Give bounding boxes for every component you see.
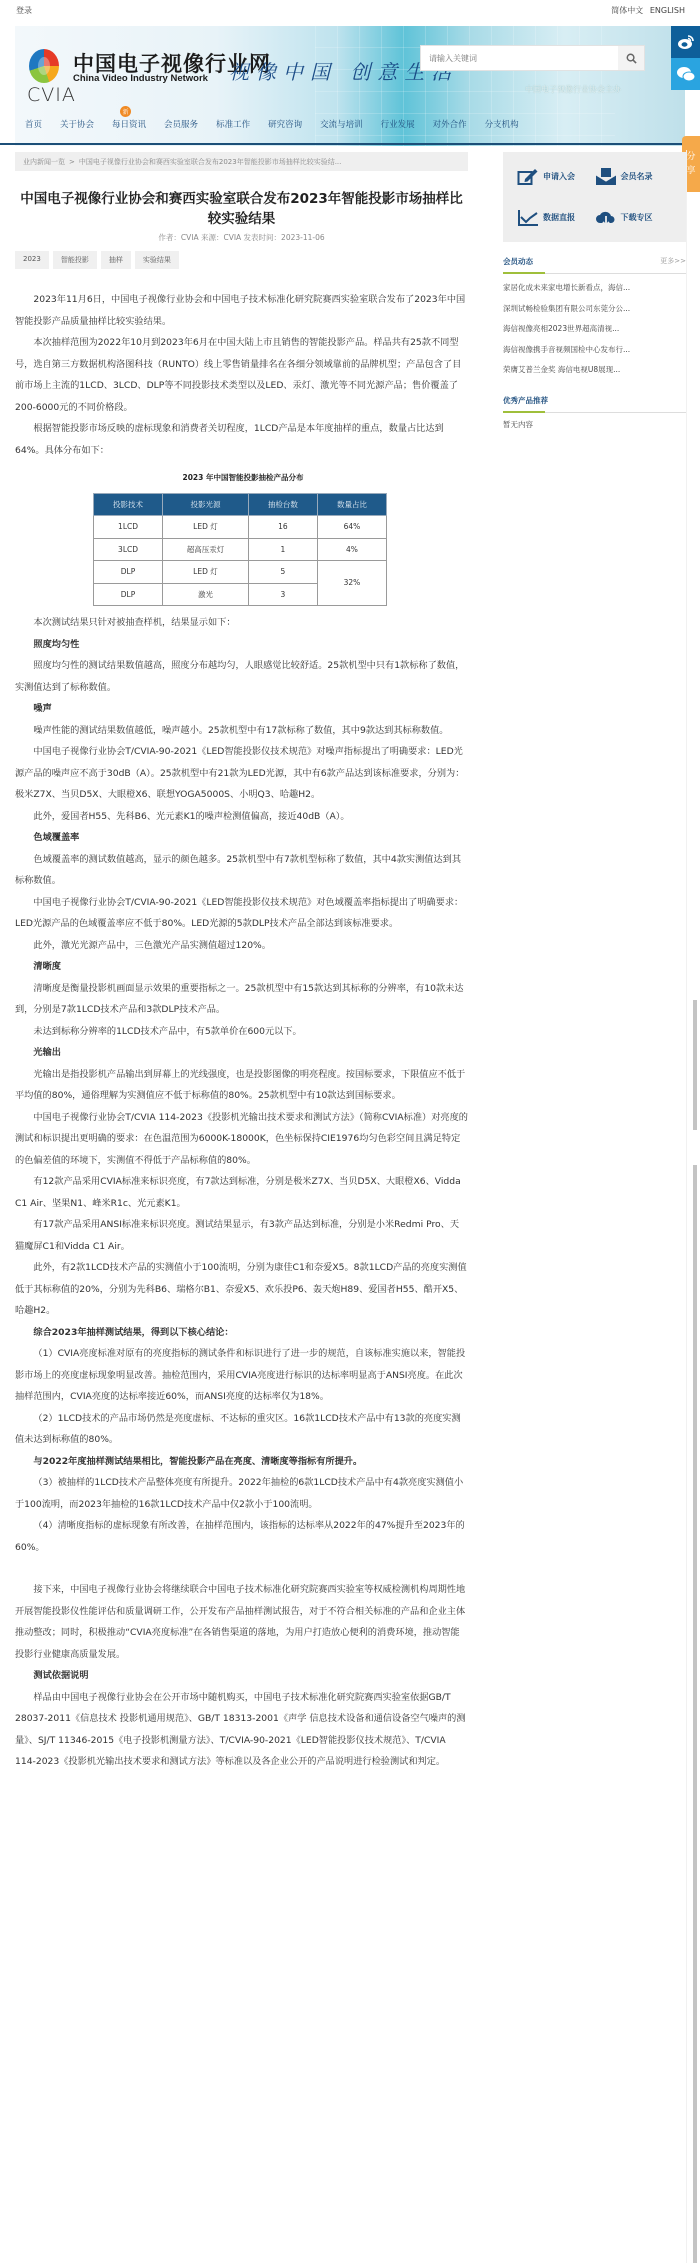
distribution-table-figure: 2023 年中国智能投影抽检产品分布 投影技术 投影光源 抽检台数 数量占比 1…: [93, 467, 393, 606]
share-label-2: 享: [686, 164, 695, 178]
main-nav: 首页 关于协会 新每日资讯 会员服务 标准工作 研究咨询 交流与培训 行业发展 …: [15, 112, 685, 136]
sidebar: 申请入会 会员名录 数据直报 下载专区 会员动态 更多>> 家居化成未来家电增长…: [503, 152, 686, 430]
nav-divider: [0, 143, 683, 145]
paragraph: 色域覆盖率的测试数值越高，显示的颜色越多。25款机型中有7款机型标称了数值，其中…: [15, 849, 468, 892]
nav-item-exchange-training[interactable]: 交流与培训: [320, 118, 363, 130]
paragraph: 中国电子视像行业协会T/CVIA 114-2023《投影机光输出技术要求和测试方…: [15, 1107, 468, 1172]
breadcrumb: 业内新闻一览 > 中国电子视像行业协会和赛西实验室联合发布2023年智能投影市场…: [15, 152, 468, 171]
table-cell: 16: [248, 516, 317, 539]
recommend-title: 优秀产品推荐: [503, 395, 548, 406]
list-item[interactable]: 家居化成未来家电增长新看点，海信...: [503, 278, 686, 299]
article-body: 2023年11月6日，中国电子视像行业协会和中国电子技术标准化研究院赛西实验室联…: [15, 289, 468, 1773]
content-edge-divider: [686, 150, 687, 2263]
chart-line-icon: [517, 209, 539, 227]
site-name-en: China Video Industry Network: [73, 73, 208, 84]
section-heading: 照度均匀性: [15, 634, 468, 656]
quick-link-directory[interactable]: 会员名录: [595, 162, 673, 191]
list-item[interactable]: 荣膺艾普兰金奖 海信电视U8展现...: [503, 360, 686, 381]
quick-link-label: 下载专区: [621, 212, 653, 223]
new-badge: 新: [120, 106, 131, 117]
table-row: 3LCD 超高压汞灯 1 4%: [94, 538, 387, 561]
paragraph: 有17款产品采用ANSI标准来标识亮度。测试结果显示，有3款产品达到标准，分别是…: [15, 1214, 468, 1257]
article-results: 本次测试结果只针对被抽查样机，结果显示如下：照度均匀性照度均匀性的测试结果数值越…: [15, 612, 468, 1773]
breadcrumb-separator: >: [69, 158, 75, 166]
top-bar: 登录 简体中文 ENGLISH: [0, 0, 700, 20]
member-news-header: 会员动态 更多>>: [503, 256, 686, 274]
scrollbar[interactable]: [693, 1000, 697, 2263]
table-cell: 3LCD: [94, 538, 163, 561]
section-heading: 色域覆盖率: [15, 827, 468, 849]
more-link[interactable]: 更多>>: [660, 256, 686, 267]
section-heading: 光输出: [15, 1042, 468, 1064]
paragraph: 本次测试结果只针对被抽查样机，结果显示如下：: [15, 612, 468, 634]
member-news-title: 会员动态: [503, 256, 533, 267]
nav-item-research[interactable]: 研究咨询: [268, 118, 302, 130]
nav-item-member-services[interactable]: 会员服务: [164, 118, 198, 130]
breadcrumb-current: 中国电子视像行业协会和赛西实验室联合发布2023年智能投影市场抽样比较实验结..…: [79, 157, 342, 167]
table-cell: 超高压汞灯: [163, 538, 249, 561]
quick-link-label: 会员名录: [621, 171, 653, 182]
tag-list: 2023 智能投影 抽样 实验结果: [15, 251, 468, 269]
distribution-table: 投影技术 投影光源 抽检台数 数量占比 1LCD LED 灯 16 64% 3L…: [93, 493, 387, 607]
paragraph: 噪声性能的测试结果数值越低，噪声越小。25款机型中有17款标称了数值，其中9款达…: [15, 720, 468, 742]
paragraph: 此外，爱国者H55、先科B6、光元素K1的噪声检测值偏高，接近40dB（A）。: [15, 806, 468, 828]
nav-item-daily-news[interactable]: 新每日资讯: [112, 118, 146, 130]
list-item[interactable]: 深圳试畅检验集团有限公司东莞分公...: [503, 299, 686, 320]
lang-en-link[interactable]: ENGLISH: [650, 6, 685, 15]
table-title: 2023 年中国智能投影抽检产品分布: [93, 467, 393, 489]
nav-item-home[interactable]: 首页: [25, 118, 42, 130]
paragraph: 此外，有2款1LCD技术产品的实测值小于100流明，分别为康佳C1和奈爱X5。8…: [15, 1257, 468, 1322]
quick-link-label: 数据直报: [543, 212, 575, 223]
tag[interactable]: 实验结果: [135, 251, 179, 269]
paragraph: 中国电子视像行业协会T/CVIA-90-2021《LED智能投影仪技术规范》对噪…: [15, 741, 468, 806]
paragraph: （3）被抽样的1LCD技术产品整体亮度有所提升。2022年抽检的6款1LCD技术…: [15, 1472, 468, 1515]
paragraph: 光输出是指投影机产品输出到屏幕上的光线强度，也是投影图像的明亮程度。按国标要求，…: [15, 1064, 468, 1107]
social-float: [671, 26, 700, 90]
paragraph: （2）1LCD技术的产品市场仍然是亮度虚标、不达标的重灾区。16款1LCD技术产…: [15, 1408, 468, 1451]
quick-link-downloads[interactable]: 下载专区: [595, 203, 673, 232]
paragraph: 有12款产品采用CVIA标准来标识亮度，有7款达到标准，分别是极米Z7X、当贝D…: [15, 1171, 468, 1214]
logo-text: CVIA: [27, 84, 76, 106]
paragraph: 样品由中国电子视像行业协会在公开市场中随机购买，中国电子技术标准化研究院赛西实验…: [15, 1687, 468, 1773]
table-cell: 5: [248, 561, 317, 584]
tag[interactable]: 抽样: [101, 251, 131, 269]
table-cell: DLP: [94, 583, 163, 606]
column-header: 抽检台数: [248, 493, 317, 516]
column-header: 投影技术: [94, 493, 163, 516]
cloud-download-icon: [595, 209, 617, 227]
nav-item-foreign-cooperation[interactable]: 对外合作: [433, 118, 467, 130]
share-label-1: 分: [686, 150, 695, 164]
search-input[interactable]: [421, 46, 618, 70]
article-title: 中国电子视像行业协会和赛西实验室联合发布2023年智能投影市场抽样比较实验结果: [15, 189, 468, 229]
list-item[interactable]: 海信视像亮相2023世界超高清视...: [503, 319, 686, 340]
article-meta: 作者：CVIA 来源：CVIA 发表时间：2023-11-06: [15, 232, 468, 243]
wechat-button[interactable]: [671, 58, 700, 90]
table-cell: LED 灯: [163, 561, 249, 584]
table-cell: 1: [248, 538, 317, 561]
cvia-logo-icon[interactable]: [29, 49, 59, 83]
edit-icon: [517, 168, 539, 186]
paragraph: 此外，激光光源产品中，三色激光产品实测值超过120%。: [15, 935, 468, 957]
table-cell: 4%: [317, 538, 386, 561]
paragraph: （4）清晰度指标的虚标现象有所改善，在抽样范围内，该指标的达标率从2022年的4…: [15, 1515, 468, 1558]
section-heading: 与2022年度抽样测试结果相比，智能投影产品在亮度、清晰度等指标有所提升。: [15, 1451, 468, 1473]
table-cell: 3: [248, 583, 317, 606]
paragraph: 根据智能投影市场反映的虚标现象和消费者关切程度，1LCD产品是本年度抽样的重点，…: [15, 418, 468, 461]
list-item[interactable]: 海信视像携手音视频国检中心发布行...: [503, 340, 686, 361]
tag[interactable]: 智能投影: [53, 251, 97, 269]
table-cell: 64%: [317, 516, 386, 539]
host-text: 中国电子视像行业协会主办: [525, 84, 621, 95]
paragraph: 照度均匀性的测试结果数值越高，照度分布越均匀，人眼感觉比较舒适。25款机型中只有…: [15, 655, 468, 698]
wechat-icon: [676, 66, 696, 82]
column-header: 投影光源: [163, 493, 249, 516]
nav-item-standards[interactable]: 标准工作: [216, 118, 250, 130]
table-row: 1LCD LED 灯 16 64%: [94, 516, 387, 539]
article-main: 业内新闻一览 > 中国电子视像行业协会和赛西实验室联合发布2023年智能投影市场…: [15, 152, 468, 1773]
recommend-empty-text: 暂无内容: [503, 419, 686, 430]
lang-zh-link[interactable]: 简体中文: [611, 6, 643, 15]
recommend-header: 优秀产品推荐: [503, 395, 686, 413]
nav-item-branches[interactable]: 分支机构: [485, 118, 519, 130]
scrollbar-segment[interactable]: [693, 1000, 697, 1130]
paragraph: 2023年11月6日，中国电子视像行业协会和中国电子技术标准化研究院赛西实验室联…: [15, 289, 468, 332]
section-heading: 清晰度: [15, 956, 468, 978]
quick-links: 申请入会 会员名录 数据直报 下载专区: [503, 152, 686, 242]
paragraph: （1）CVIA亮度标准对原有的亮度指标的测试条件和标识进行了进一步的规范，自该标…: [15, 1343, 468, 1408]
section-heading: 测试依据说明: [15, 1665, 468, 1687]
paragraph: 本次抽样范围为2022年10月到2023年6月在中国大陆上市且销售的智能投影产品…: [15, 332, 468, 418]
paragraph: 未达到标称分辨率的1LCD技术产品中，有5款单价在600元以下。: [15, 1021, 468, 1043]
table-cell: DLP: [94, 561, 163, 584]
login-link[interactable]: 登录: [16, 5, 32, 16]
table-cell: LED 灯: [163, 516, 249, 539]
tag[interactable]: 2023: [15, 251, 49, 269]
paragraph: 接下来，中国电子视像行业协会将继续联合中国电子技术标准化研究院赛西实验室等权威检…: [15, 1579, 468, 1665]
table-cell: 激光: [163, 583, 249, 606]
language-switcher: 简体中文 ENGLISH: [607, 5, 685, 16]
member-news-list: 家居化成未来家电增长新看点，海信... 深圳试畅检验集团有限公司东莞分公... …: [503, 278, 686, 381]
quick-link-data-report[interactable]: 数据直报: [517, 203, 595, 232]
search-icon: [626, 53, 637, 64]
quick-link-label: 申请入会: [543, 171, 575, 182]
member-directory-icon: [595, 168, 617, 186]
quick-link-apply[interactable]: 申请入会: [517, 162, 595, 191]
section-heading: 噪声: [15, 698, 468, 720]
search-button[interactable]: [618, 46, 644, 70]
paragraph: 中国电子视像行业协会T/CVIA-90-2021《LED智能投影仪技术规范》对色…: [15, 892, 468, 935]
nav-item-label: 每日资讯: [112, 120, 146, 130]
weibo-icon: [677, 34, 695, 50]
table-cell: 1LCD: [94, 516, 163, 539]
nav-item-industry-development[interactable]: 行业发展: [381, 118, 415, 130]
table-header-row: 投影技术 投影光源 抽检台数 数量占比: [94, 493, 387, 516]
breadcrumb-parent-link[interactable]: 业内新闻一览: [23, 157, 65, 167]
scrollbar-thumb[interactable]: [693, 1165, 697, 2263]
search-box: [420, 45, 645, 71]
table-cell-merged: 32%: [317, 561, 386, 606]
section-heading: 综合2023年抽样测试结果，得到以下核心结论：: [15, 1322, 468, 1344]
column-header: 数量占比: [317, 493, 386, 516]
weibo-button[interactable]: [671, 26, 700, 58]
table-row: DLP LED 灯 5 32%: [94, 561, 387, 584]
paragraph: 清晰度是衡量投影机画面显示效果的重要指标之一。25款机型中有15款达到其标称的分…: [15, 978, 468, 1021]
nav-item-about[interactable]: 关于协会: [60, 118, 94, 130]
